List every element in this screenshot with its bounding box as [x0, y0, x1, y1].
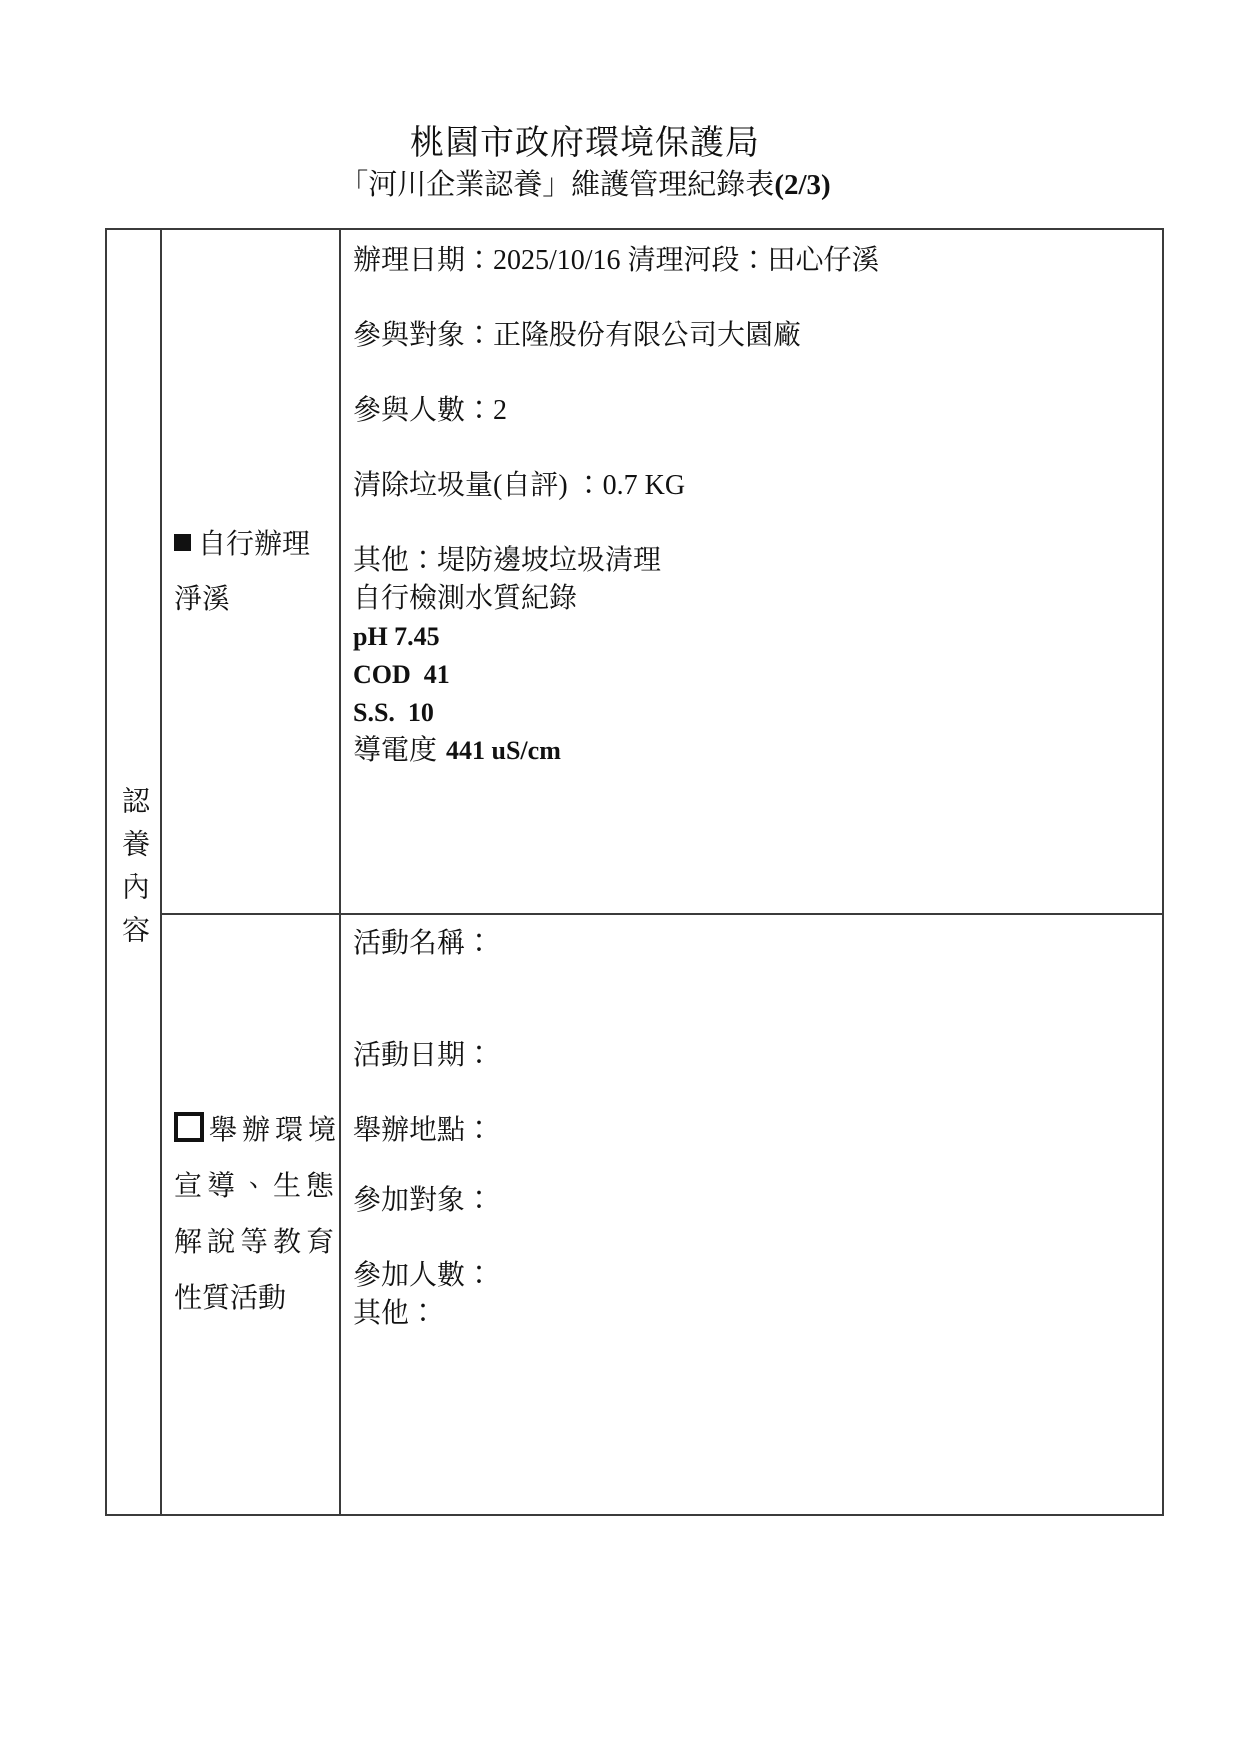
field-cod: COD 41 [353, 656, 1146, 694]
field-other: 其他： [353, 1295, 1146, 1333]
page-subtitle: 「河川企業認養」維護管理紀錄表(2/3) [0, 166, 1170, 204]
type-label: 舉辦環境 [209, 1115, 341, 1146]
field-conductivity: 導電度441 uS/cm [353, 732, 1146, 770]
type-line: 舉辦環境 [174, 1103, 331, 1159]
page-title: 桃園市政府環境保護局 [0, 122, 1170, 166]
field-participant-org: 參與對象：正隆股份有限公司大園廠 [353, 317, 1146, 355]
type-line: 性質活動 [174, 1271, 331, 1327]
type-label: 性質活動 [174, 1283, 286, 1314]
field-participant-count: 參加人數： [353, 1257, 1146, 1295]
type-line: 淨溪 [174, 572, 331, 627]
type-label: 自行辦理 [198, 529, 310, 560]
category-label: 認養內容 [106, 786, 161, 958]
type-line: 宣導、生態 [174, 1159, 331, 1215]
category-cell: 認養內容 [107, 230, 162, 1514]
field-ss: S.S. 10 [353, 694, 1146, 732]
field-other: 其他：堤防邊坡垃圾清理 [353, 542, 1146, 580]
checkbox-unchecked-icon [174, 1112, 204, 1142]
field-participant-count: 參與人數：2 [353, 392, 1146, 430]
conductivity-value: 441 uS/cm [446, 736, 561, 765]
subtitle-text: 「河川企業認養」維護管理紀錄表 [339, 169, 774, 201]
field-trash-amount: 清除垃圾量(自評) ：0.7 KG [353, 467, 1146, 505]
type-line: 自行辦理 [174, 517, 331, 572]
record-table: 認養內容 自行辦理 淨溪 辦理日期：2025/10/16 清理河段：田心仔溪 參… [105, 228, 1164, 1516]
self-cleaning-content: 辦理日期：2025/10/16 清理河段：田心仔溪 參與對象：正隆股份有限公司大… [341, 230, 1162, 915]
conductivity-label: 導電度 [353, 735, 437, 766]
field-activity-name: 活動名稱： [353, 925, 1146, 963]
form-header: 桃園市政府環境保護局 「河川企業認養」維護管理紀錄表(2/3) [0, 122, 1170, 204]
record-form-page: 桃園市政府環境保護局 「河川企業認養」維護管理紀錄表(2/3) 認養內容 自行辦… [0, 0, 1241, 1754]
field-participant-target: 參加對象： [353, 1182, 1146, 1220]
page-indicator: (2/3) [774, 169, 830, 201]
field-activity-date: 活動日期： [353, 1037, 1146, 1075]
activity-type-self-cleaning: 自行辦理 淨溪 [162, 230, 341, 915]
type-line: 解說等教育 [174, 1215, 331, 1271]
education-event-content: 活動名稱： 活動日期： 舉辦地點： 參加對象： 參加人數： 其他： [341, 915, 1162, 1514]
type-label: 解說等教育 [174, 1227, 339, 1258]
field-ph: pH 7.45 [353, 618, 1146, 656]
field-water-record-title: 自行檢測水質紀錄 [353, 580, 1146, 618]
type-label: 宣導、生態 [174, 1171, 339, 1202]
checkbox-checked-icon [174, 534, 191, 551]
activity-type-education-event: 舉辦環境 宣導、生態 解說等教育 性質活動 [162, 915, 341, 1514]
type-label: 淨溪 [174, 584, 230, 615]
field-date-and-river: 辦理日期：2025/10/16 清理河段：田心仔溪 [353, 242, 1146, 280]
field-location: 舉辦地點： [353, 1112, 1146, 1150]
